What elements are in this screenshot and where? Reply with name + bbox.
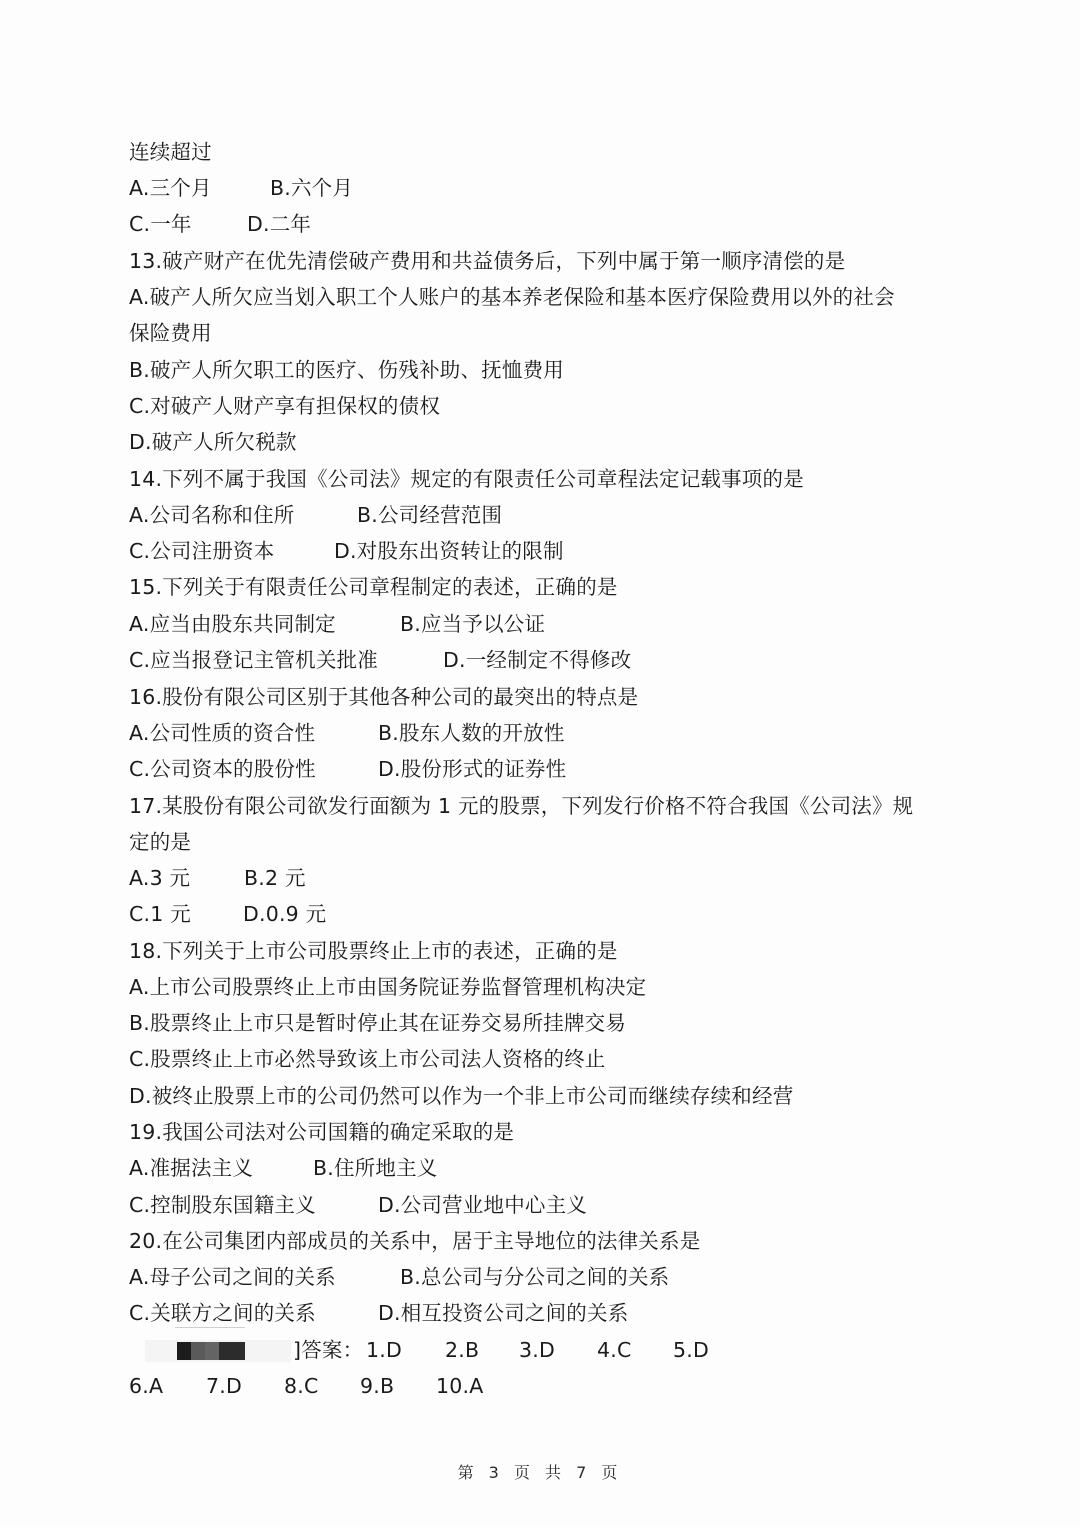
q13-option-d: D.破产人所欠税款: [129, 424, 297, 460]
answer-item: 4.C: [597, 1332, 631, 1368]
q14-option-b: B.公司经营范围: [357, 497, 502, 533]
q20-option-b: B.总公司与分公司之间的关系: [400, 1259, 669, 1295]
answer-item: 9.B: [360, 1368, 394, 1404]
q13-stem: 13.破产财产在优先清偿破产费用和共益债务后，下列中属于第一顺序清偿的是: [129, 243, 845, 279]
q17-option-a: A.3 元: [129, 860, 190, 896]
redacted-mosaic: [177, 1342, 245, 1360]
q19-option-a: A.准据法主义: [129, 1150, 253, 1186]
q12-stem-continuation: 连续超过: [129, 134, 212, 170]
q18-option-c: C.股票终止上市必然导致该上市公司法人资格的终止: [129, 1041, 606, 1077]
answer-item: 7.D: [206, 1368, 242, 1404]
q12-option-a: A.三个月: [129, 170, 212, 206]
q20-option-a: A.母子公司之间的关系: [129, 1259, 336, 1295]
q13-option-a-line1: A.破产人所欠应当划入职工个人账户的基本养老保险和基本医疗保险费用以外的社会: [129, 279, 895, 315]
q20-stem: 20.在公司集团内部成员的关系中，居于主导地位的法律关系是: [129, 1223, 700, 1259]
answer-item: 10.A: [436, 1368, 483, 1404]
q14-option-a: A.公司名称和住所: [129, 497, 294, 533]
q17-option-c: C.1 元: [129, 896, 191, 932]
q13-option-c: C.对破产人财产享有担保权的债权: [129, 388, 440, 424]
q14-option-d: D.对股东出资转让的限制: [334, 533, 564, 569]
q14-stem: 14.下列不属于我国《公司法》规定的有限责任公司章程法定记载事项的是: [129, 461, 804, 497]
page-number-footer: 第 3 页 共 7 页: [0, 1460, 1080, 1483]
q15-option-c: C.应当报登记主管机关批准: [129, 642, 378, 678]
q17-stem-line1: 17.某股份有限公司欲发行面额为 1 元的股票，下列发行价格不符合我国《公司法》…: [129, 788, 913, 824]
q18-option-a: A.上市公司股票终止上市由国务院证券监督管理机构决定: [129, 969, 646, 1005]
q15-option-a: A.应当由股东共同制定: [129, 606, 336, 642]
q19-stem: 19.我国公司法对公司国籍的确定采取的是: [129, 1114, 514, 1150]
answer-item: 3.D: [519, 1332, 555, 1368]
q15-stem: 15.下列关于有限责任公司章程制定的表述，正确的是: [129, 569, 618, 605]
q16-option-c: C.公司资本的股份性: [129, 751, 316, 787]
answers-label: ]答案：: [293, 1332, 363, 1368]
q13-option-b: B.破产人所欠职工的医疗、伤残补助、抚恤费用: [129, 352, 564, 388]
q18-option-d: D.被终止股票上市的公司仍然可以作为一个非上市公司而继续存续和经营: [129, 1078, 793, 1114]
q20-option-c: C.关联方之间的关系: [129, 1295, 316, 1331]
q12-option-b: B.六个月: [270, 170, 353, 206]
q15-option-b: B.应当予以公证: [400, 606, 545, 642]
answer-item: 8.C: [284, 1368, 318, 1404]
q14-option-c: C.公司注册资本: [129, 533, 274, 569]
q20-option-d: D.相互投资公司之间的关系: [378, 1295, 628, 1331]
scan-artifact-underline: [175, 1327, 245, 1328]
answer-item: 6.A: [129, 1368, 163, 1404]
q19-option-b: B.住所地主义: [313, 1150, 437, 1186]
q15-option-d: D.一经制定不得修改: [443, 642, 631, 678]
answer-item: 2.B: [445, 1332, 479, 1368]
q12-option-d: D.二年: [247, 206, 311, 242]
q19-option-c: C.控制股东国籍主义: [129, 1187, 316, 1223]
q18-stem: 18.下列关于上市公司股票终止上市的表述，正确的是: [129, 933, 618, 969]
q18-option-b: B.股票终止上市只是暂时停止其在证券交易所挂牌交易: [129, 1005, 626, 1041]
q13-option-a-line2: 保险费用: [129, 315, 212, 351]
q16-option-b: B.股东人数的开放性: [378, 715, 565, 751]
q17-option-d: D.0.9 元: [243, 896, 326, 932]
answer-item: 1.D: [366, 1332, 402, 1368]
q17-option-b: B.2 元: [244, 860, 306, 896]
document-page: 连续超过 A.三个月 B.六个月 C.一年 D.二年 13.破产财产在优先清偿破…: [0, 0, 1080, 1527]
q16-option-d: D.股份形式的证券性: [378, 751, 566, 787]
answer-item: 5.D: [673, 1332, 709, 1368]
q16-option-a: A.公司性质的资合性: [129, 715, 315, 751]
q16-stem: 16.股份有限公司区别于其他各种公司的最突出的特点是: [129, 679, 638, 715]
q17-stem-line2: 定的是: [129, 824, 191, 860]
q19-option-d: D.公司营业地中心主义: [378, 1187, 587, 1223]
q12-option-c: C.一年: [129, 206, 192, 242]
